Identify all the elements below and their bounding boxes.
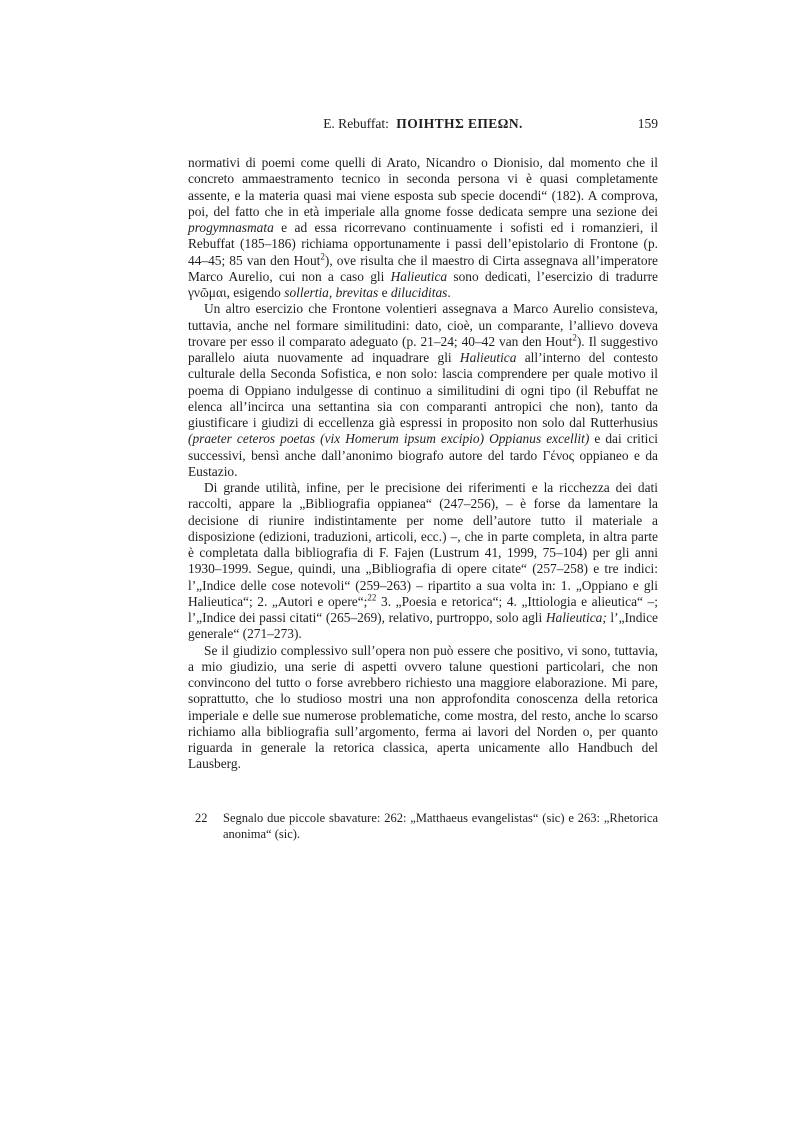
italic-text-run: Halieutica [460,350,517,365]
running-head: E. Rebuffat: ΠΟΙΗΤΗΣ ΕΠΕΩΝ. 159 [188,116,658,132]
footnote: 22 Segnalo due piccole sbavature: 262: „… [195,811,658,843]
paragraph-bibliografia: Di grande utilità, infine, per le precis… [188,480,658,643]
text-run: Segnalo due piccole sbavature: 262: „Mat… [223,811,658,841]
body-text: normativi di poemi come quelli di Arato,… [188,155,658,773]
paragraph-giudizio-complessivo: Se il giudizio complessivo sull’opera no… [188,643,658,773]
running-head-work-title: ΠΟΙΗΤΗΣ ΕΠΕΩΝ. [396,116,523,131]
text-run: Di grande utilità, infine, per le precis… [188,480,658,609]
text-run: e [378,285,391,300]
text-run: normativi di poemi come quelli di Arato,… [188,155,658,219]
footnote-number: 22 [195,811,223,827]
italic-text-run: Halieutica; [546,610,607,625]
paragraph-frontone-exercise: Un altro esercizio che Frontone volentie… [188,301,658,480]
italic-text-run: Halieutica [391,269,448,284]
running-head-author: E. Rebuffat: [323,116,389,131]
italic-text-run: sollertia, brevitas [284,285,378,300]
footnote-text: Segnalo due piccole sbavature: 262: „Mat… [223,811,658,843]
paragraph-normative-poems: normativi di poemi come quelli di Arato,… [188,155,658,301]
italic-text-run: (praeter ceteros poetas (vix Homerum ips… [188,431,589,446]
page: E. Rebuffat: ΠΟΙΗΤΗΣ ΕΠΕΩΝ. 159 normativ… [0,0,799,1131]
text-run: Se il giudizio complessivo sull’opera no… [188,643,658,772]
italic-text-run: progymnasmata [188,220,274,235]
italic-text-run: diluciditas [391,285,448,300]
running-head-title: E. Rebuffat: ΠΟΙΗΤΗΣ ΕΠΕΩΝ. [188,116,658,132]
page-number: 159 [638,116,658,132]
text-run: . [447,285,450,300]
